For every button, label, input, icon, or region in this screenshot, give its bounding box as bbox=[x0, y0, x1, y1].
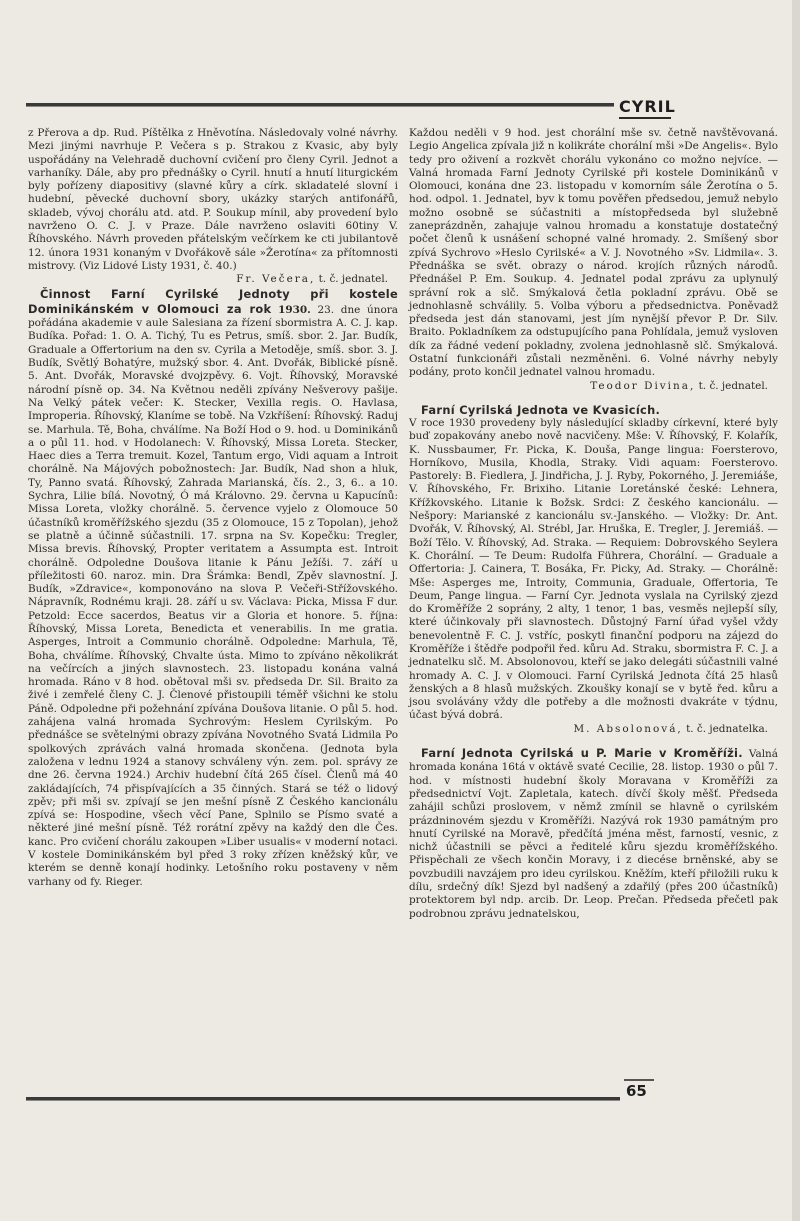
signature-name: Fr. Večera, bbox=[236, 273, 315, 285]
intro-paragraph: z Přerova a dp. Rud. Píštělka z Hněvotín… bbox=[28, 127, 398, 273]
section-body-kromeriz: Valná hromada konána 16tá v oktávě svaté… bbox=[409, 748, 778, 920]
running-head-underline bbox=[619, 117, 671, 119]
section-body-kvasice: V roce 1930 provedeny byly následující s… bbox=[409, 417, 778, 723]
section-dominican: Činnost Farní Cyrilské Jednoty při koste… bbox=[28, 287, 398, 889]
spacer bbox=[409, 736, 778, 746]
left-column: z Přerova a dp. Rud. Píštělka z Hněvotín… bbox=[28, 127, 398, 889]
signature-absolonova: M. Absolonová, t. č. jednatelka. bbox=[409, 723, 778, 736]
section-heading-kvasice: Farní Cyrilská Jednota ve Kvasicích. bbox=[409, 403, 778, 417]
signature-name: M. Absolonová, bbox=[573, 723, 682, 735]
signature-role: t. č. jednatel. bbox=[699, 380, 768, 392]
section-body: 23. dne února pořádána akademie v aule S… bbox=[28, 304, 398, 888]
running-head: CYRIL bbox=[619, 97, 676, 116]
signature-divina: Teodor Divina, t. č. jednatel. bbox=[409, 380, 778, 393]
page-number: 65 bbox=[626, 1082, 647, 1100]
page: CYRIL z Přerova a dp. Rud. Píštělka z Hn… bbox=[0, 0, 792, 1221]
header-rule bbox=[26, 103, 614, 107]
page-edge bbox=[792, 0, 800, 1221]
section-heading-tail: 1930. bbox=[278, 304, 311, 316]
footer-rule bbox=[26, 1097, 620, 1101]
section-heading-kromeriz: Farní Jednota Cyrilská u P. Marie v Krom… bbox=[421, 746, 743, 760]
folio-rule bbox=[624, 1079, 654, 1081]
continuation-paragraph: Každou neděli v 9 hod. jest chorální mše… bbox=[409, 127, 778, 380]
section-kromeriz: Farní Jednota Cyrilská u P. Marie v Krom… bbox=[409, 746, 778, 921]
spacer bbox=[409, 393, 778, 403]
signature-role: t. č. jednatelka. bbox=[686, 723, 768, 735]
right-column: Každou neděli v 9 hod. jest chorální mše… bbox=[409, 127, 778, 921]
intro-signature: Fr. Večera, t. č. jednatel. bbox=[28, 273, 398, 286]
signature-role: t. č. jednatel. bbox=[319, 273, 388, 285]
signature-name: Teodor Divina, bbox=[590, 380, 695, 392]
